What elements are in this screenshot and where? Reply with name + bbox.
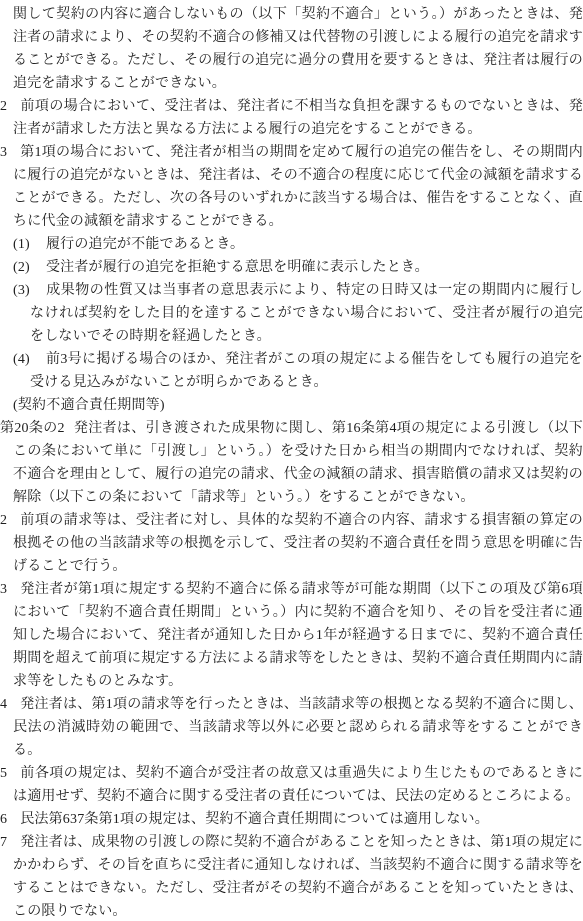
clause-text: 第1項の場合において、発注者が相当の期間を定めて履行の追完の催告をし、その期間内… — [13, 145, 583, 229]
clause-number: 第20条の2 — [0, 421, 65, 436]
clause-text: (契約不適合責任期間等) — [13, 398, 165, 413]
clause-number: (4) — [13, 352, 30, 367]
clause-text: 前項の請求等は、受注者に対し、具体的な契約不適合の内容、請求する損害額の算定の根… — [13, 513, 583, 574]
clause-number: (3) — [13, 283, 30, 298]
article-paragraph: 第20条の2発注者は、引き渡された成果物に関し、第16条第4項の規定による引渡し… — [0, 417, 583, 509]
clause-number: 3 — [0, 145, 7, 160]
clause-paragraph: 2前項の場合において、受注者は、発注者に不相当な負担を課するものでないときは、発… — [0, 95, 583, 141]
clause-text: 関して契約の内容に適合しないもの（以下「契約不適合」という。）があったときは、発… — [13, 7, 583, 91]
clause-text: 民法第637条第1項の規定は、契約不適合責任期間については適用しない。 — [20, 812, 489, 827]
clause-text: 発注者が第1項に規定する契約不適合に係る請求等が可能な期間（以下この項及び第6項… — [13, 582, 583, 689]
clause-text: 成果物の性質又は当事者の意思表示により、特定の日時又は一定の期間内に履行しなけれ… — [30, 283, 583, 344]
clause-number: 3 — [0, 582, 7, 597]
clause-paragraph: 5前各項の規定は、契約不適合が受注者の故意又は重過失により生じたものであるときに… — [0, 762, 583, 808]
clause-paragraph: 3発注者が第1項に規定する契約不適合に係る請求等が可能な期間（以下この項及び第6… — [0, 578, 583, 693]
clause-number: 4 — [0, 697, 7, 712]
clause-number: 2 — [0, 513, 7, 528]
clause-text: 発注者は、成果物の引渡しの際に契約不適合があることを知ったときは、第1項の規定に… — [13, 835, 583, 919]
clause-text: 発注者は、引き渡された成果物に関し、第16条第4項の規定による引渡し（以下この条… — [13, 421, 583, 505]
clause-text: 発注者は、第1項の請求等を行ったときは、当該請求等の根拠となる契約不適合に関し、… — [13, 697, 583, 758]
clause-number: 7 — [0, 835, 7, 850]
clause-paragraph: 6民法第637条第1項の規定は、契約不適合責任期間については適用しない。 — [0, 808, 583, 831]
clause-paragraph: 関して契約の内容に適合しないもの（以下「契約不適合」という。）があったときは、発… — [0, 3, 583, 95]
clause-number: (1) — [13, 237, 30, 252]
clause-paragraph: 4発注者は、第1項の請求等を行ったときは、当該請求等の根拠となる契約不適合に関し… — [0, 693, 583, 762]
clause-paragraph: 2前項の請求等は、受注者に対し、具体的な契約不適合の内容、請求する損害額の算定の… — [0, 509, 583, 578]
enumerated-item: (2)受注者が履行の追完を拒絶する意思を明確に表示したとき。 — [0, 256, 583, 279]
clause-number: (2) — [13, 260, 30, 275]
document-page: 関して契約の内容に適合しないもの（以下「契約不適合」という。）があったときは、発… — [0, 0, 583, 921]
clause-text: 前項の場合において、受注者は、発注者に不相当な負担を課するものでないときは、発注… — [13, 99, 583, 137]
enumerated-item: (4)前3号に掲げる場合のほか、発注者がこの項の規定による催告をしても履行の追完… — [0, 348, 583, 394]
clause-text: 受注者が履行の追完を拒絶する意思を明確に表示したとき。 — [46, 260, 429, 275]
clause-text: 履行の追完が不能であるとき。 — [46, 237, 244, 252]
clause-paragraph: 3第1項の場合において、発注者が相当の期間を定めて履行の追完の催告をし、その期間… — [0, 141, 583, 233]
clause-paragraph: 7発注者は、成果物の引渡しの際に契約不適合があることを知ったときは、第1項の規定… — [0, 831, 583, 921]
clause-text: 前各項の規定は、契約不適合が受注者の故意又は重過失により生じたものであるときには… — [13, 766, 583, 804]
enumerated-item: (3)成果物の性質又は当事者の意思表示により、特定の日時又は一定の期間内に履行し… — [0, 279, 583, 348]
enumerated-item: (1)履行の追完が不能であるとき。 — [0, 233, 583, 256]
clause-number: 6 — [0, 812, 7, 827]
clause-number: 2 — [0, 99, 7, 114]
section-heading: (契約不適合責任期間等) — [0, 394, 583, 417]
clause-text: 前3号に掲げる場合のほか、発注者がこの項の規定による催告をしても履行の追完を受け… — [30, 352, 583, 390]
contract-text: 関して契約の内容に適合しないもの（以下「契約不適合」という。）があったときは、発… — [0, 3, 583, 921]
clause-number: 5 — [0, 766, 7, 781]
